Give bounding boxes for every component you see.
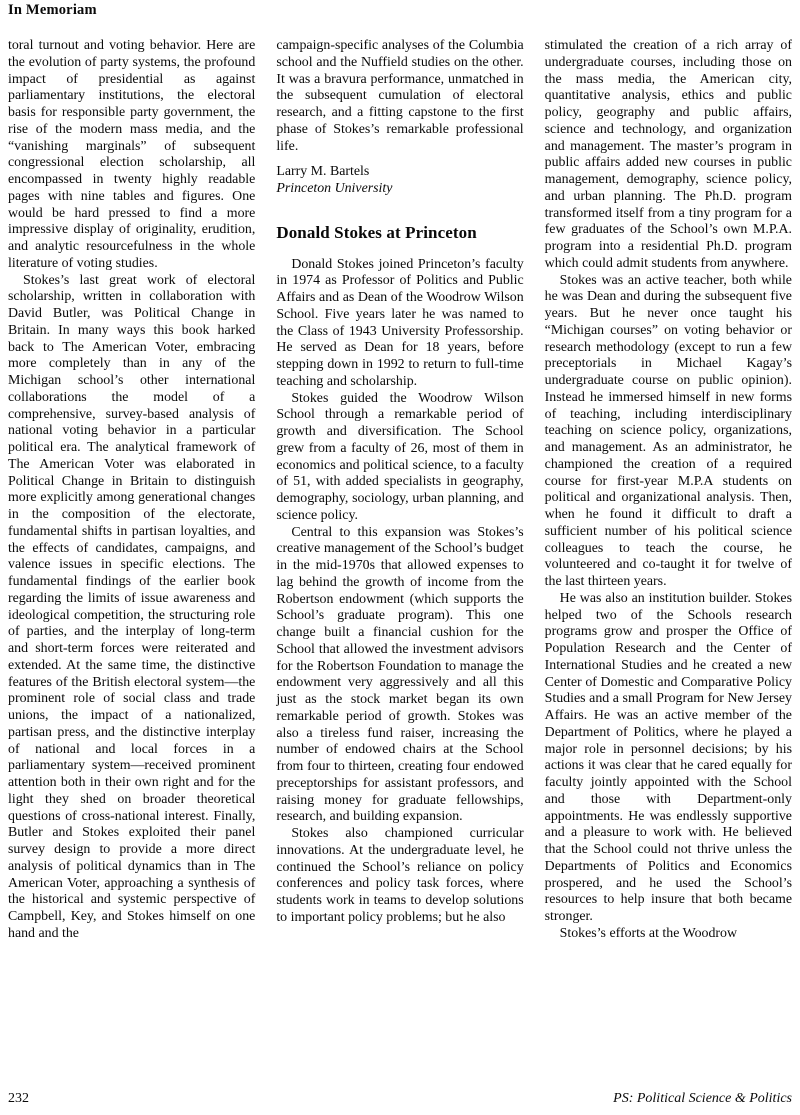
running-head: In Memoriam bbox=[6, 2, 794, 19]
journal-title: PS: Political Science & Politics bbox=[613, 1091, 792, 1107]
paragraph: stimulated the creation of a rich array … bbox=[545, 38, 792, 273]
author-signature: Larry M. Bartels Princeton University bbox=[276, 164, 523, 198]
paragraph: Stokes’s efforts at the Woodrow bbox=[545, 926, 792, 943]
article-columns: toral turnout and voting behavior. Here … bbox=[6, 38, 794, 943]
paragraph: Central to this expansion was Stokes’s c… bbox=[276, 525, 523, 827]
paragraph: He was also an institution builder. Stok… bbox=[545, 591, 792, 926]
section-heading: Donald Stokes at Princeton bbox=[276, 225, 523, 242]
column-2: campaign-specific analyses of the Columb… bbox=[276, 38, 523, 943]
paragraph: Donald Stokes joined Princeton’s faculty… bbox=[276, 257, 523, 391]
author-affiliation: Princeton University bbox=[276, 181, 523, 198]
paragraph: campaign-specific analyses of the Columb… bbox=[276, 38, 523, 155]
paragraph: Stokes was an active teacher, both while… bbox=[545, 273, 792, 591]
page-footer: 232 PS: Political Science & Politics bbox=[0, 1091, 800, 1107]
author-name: Larry M. Bartels bbox=[276, 164, 523, 181]
column-1: toral turnout and voting behavior. Here … bbox=[8, 38, 255, 943]
paragraph: Stokes’s last great work of electoral sc… bbox=[8, 273, 255, 943]
paragraph: Stokes guided the Woodrow Wilson School … bbox=[276, 391, 523, 525]
column-3: stimulated the creation of a rich array … bbox=[545, 38, 792, 943]
journal-page: In Memoriam toral turnout and voting beh… bbox=[0, 0, 800, 1115]
paragraph: Stokes also championed curricular innova… bbox=[276, 826, 523, 927]
page-number: 232 bbox=[8, 1091, 29, 1107]
paragraph: toral turnout and voting behavior. Here … bbox=[8, 38, 255, 273]
